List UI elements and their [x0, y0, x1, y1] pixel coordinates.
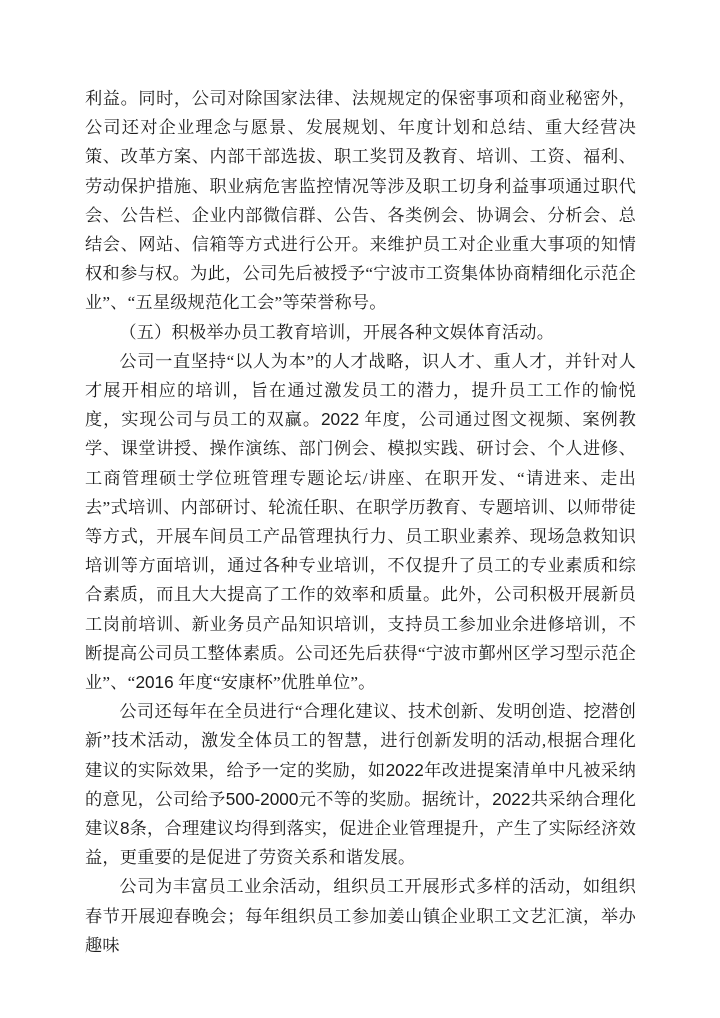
document-page: 利益。同时，公司对除国家法律、法规规定的保密事项和商业秘密外，公司还对企业理念与… [0, 0, 720, 1018]
section-heading-five: （五）积极举办员工教育培训，开展各种文娱体育活动。 [85, 318, 636, 347]
body-paragraph-training: 公司一直坚持“以人为本”的人才战略，识人才、重人才，并针对人才展开相应的培训，旨… [85, 347, 636, 697]
body-paragraph-leisure-activities: 公司为丰富员工业余活动，组织员工开展形式多样的活动，如组织春节开展迎春晚会；每年… [85, 872, 636, 960]
body-paragraph-rationalization-awards: 公司还每年在全员进行“合理化建议、技术创新、发明创造、挖潜创新”技术活动，激发全… [85, 697, 636, 872]
body-paragraph-continuation: 利益。同时，公司对除国家法律、法规规定的保密事项和商业秘密外，公司还对企业理念与… [85, 84, 636, 318]
